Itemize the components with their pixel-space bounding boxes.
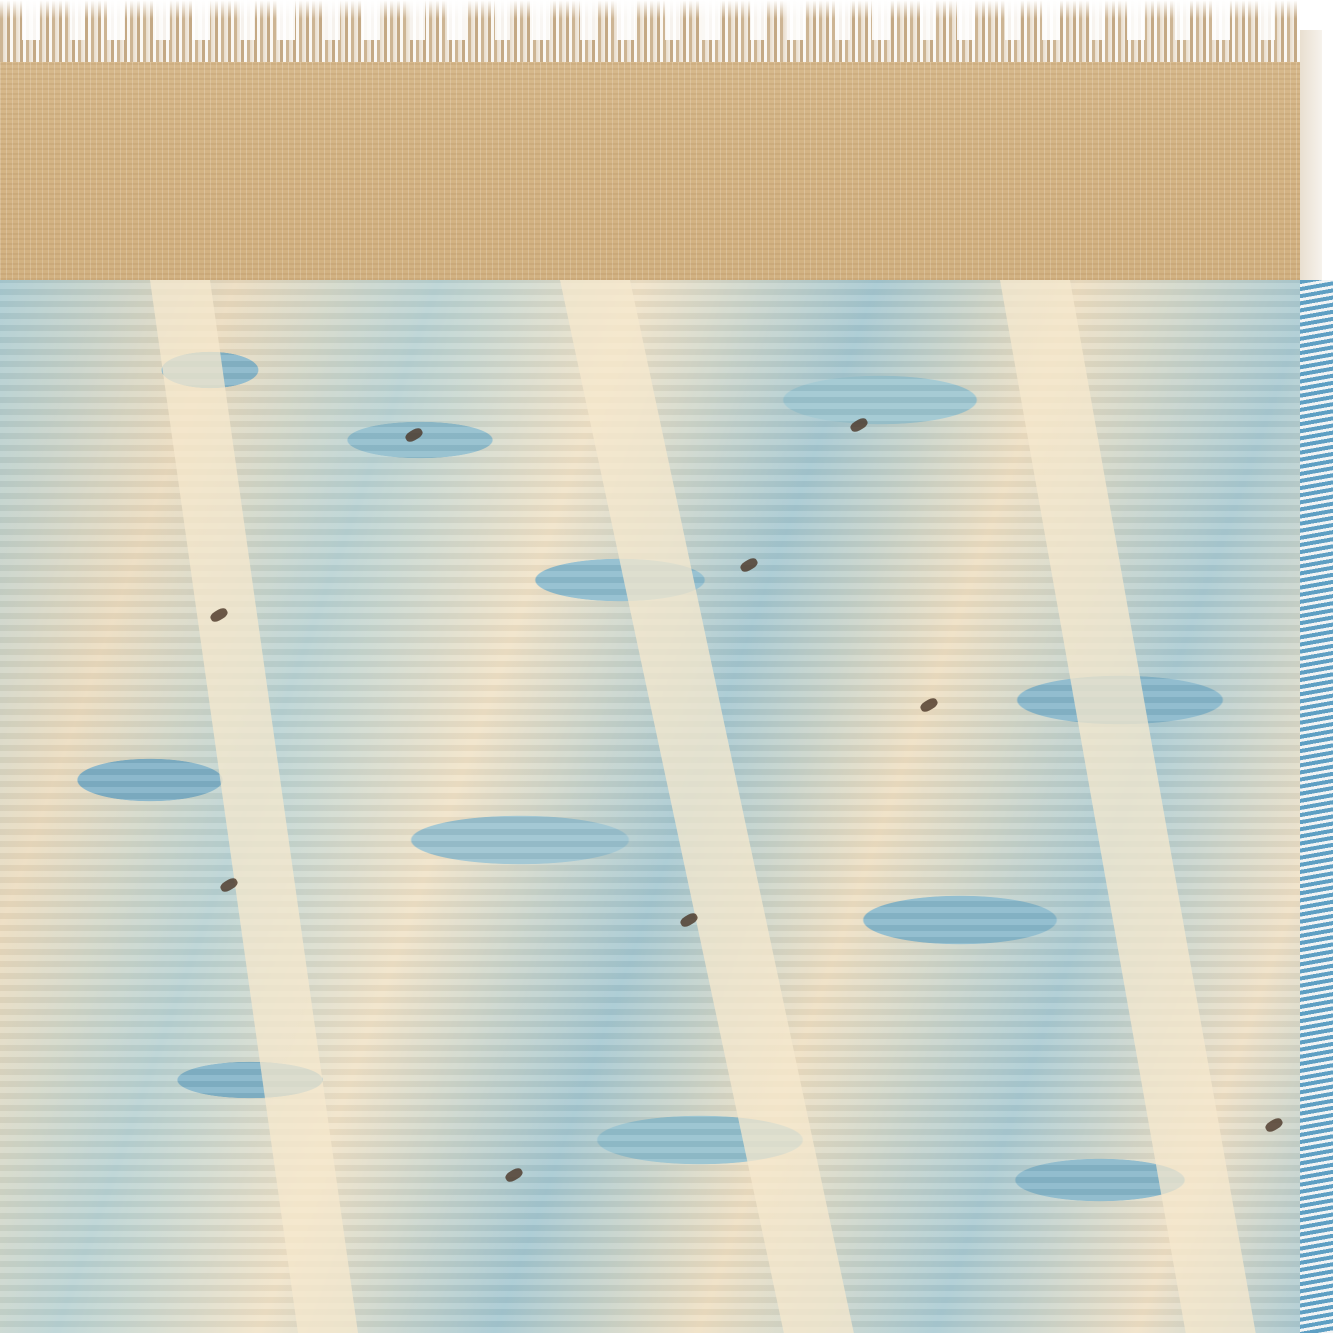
kilim-end-band [0,55,1305,300]
kilim-side-edge [1300,30,1322,305]
blue-selvedge [1300,280,1333,1333]
rug-photo [0,0,1333,1333]
fringe-gaps [0,0,1300,40]
